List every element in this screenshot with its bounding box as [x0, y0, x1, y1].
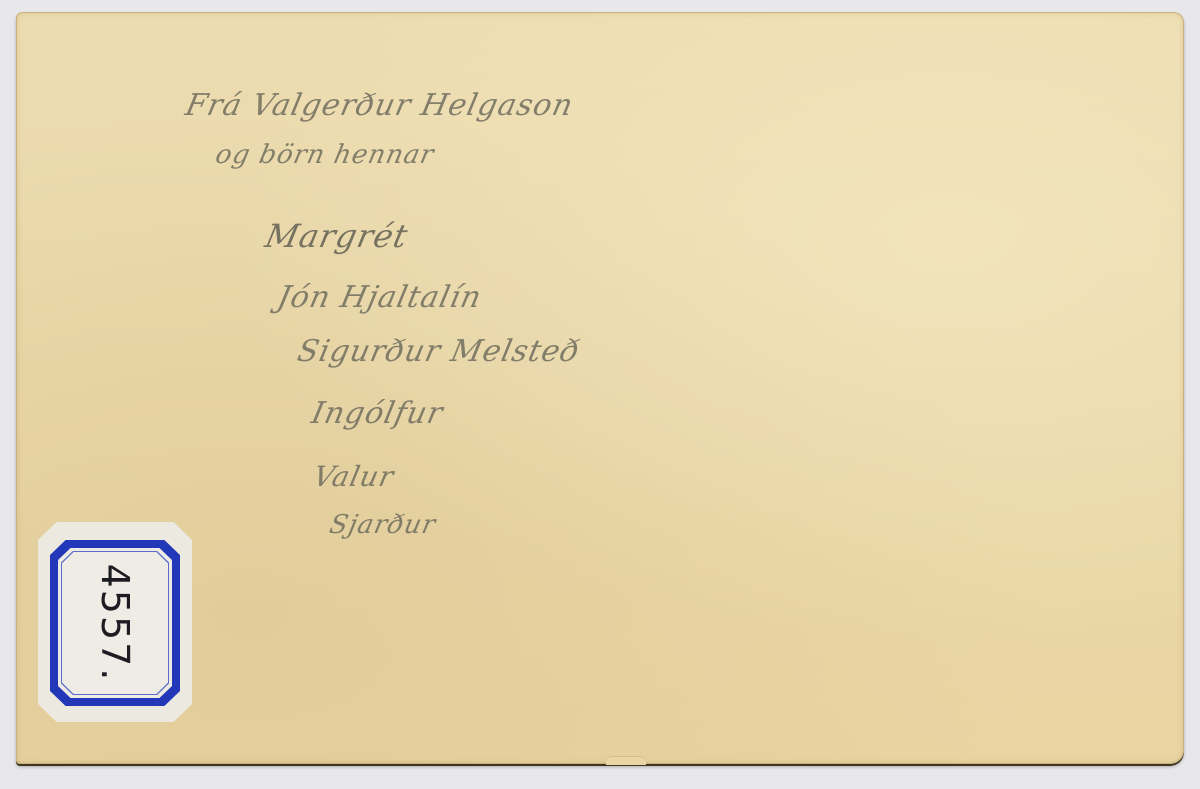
catalog-number: 4557.	[93, 564, 137, 683]
inscription-name: Valur	[310, 460, 397, 493]
inscription-name: Margrét	[262, 217, 412, 255]
inscription-name: Sjarður	[327, 510, 439, 540]
inscription-name: Ingólfur	[308, 396, 446, 431]
catalog-label-border: 4557.	[50, 540, 180, 706]
scan-background: Frá Valgerður Helgason og börn hennar Ma…	[0, 0, 1200, 789]
inscription-heading-line-2: og börn hennar	[213, 140, 437, 170]
catalog-label: 4557.	[38, 522, 192, 722]
inscription-name: Sigurður Melsteð	[294, 334, 583, 369]
inscription-name: Jón Hjaltalín	[274, 280, 485, 315]
inscription-heading-line-1: Frá Valgerður Helgason	[182, 88, 576, 123]
